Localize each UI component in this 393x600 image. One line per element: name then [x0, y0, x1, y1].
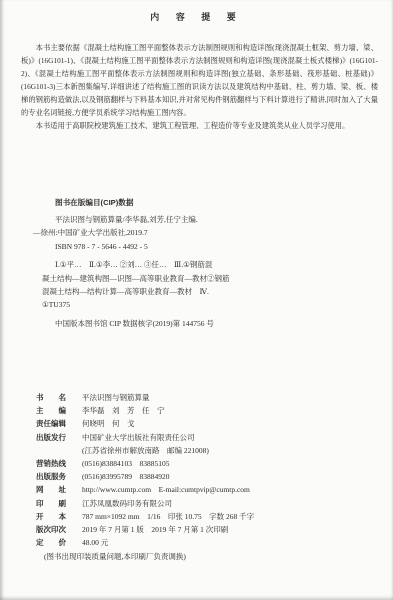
cip-class-line-4: ①TU375 — [42, 298, 268, 311]
colophon-row-edition: 版次印次 2019 年 7 月第 1 版 2019 年 7 月第 1 次印刷 — [36, 523, 375, 536]
row-label: 主 编 — [36, 404, 70, 417]
audience-paragraph: 本书适用于高职院校建筑施工技术、建筑工程管理、工程造价等专业及建筑类从业人员学习… — [21, 119, 378, 132]
row-label: 责任编辑 — [36, 417, 70, 430]
cip-block: 平法识图与钢筋算量/李华磊,刘芳,任宁主编. —徐州:中国矿业大学出版社,201… — [33, 213, 268, 330]
book-colophon-page: 内 容 提 要 本书主要依据《混凝土结构施工图平面整体表示方法制图规则和构造详图… — [0, 0, 393, 600]
cip-title-line: 平法识图与钢筋算量/李华磊,刘芳,任宁主编. — [55, 213, 268, 226]
row-label: 版次印次 — [36, 523, 70, 536]
row-label: 印 刷 — [36, 497, 70, 510]
colophon-row-price: 定 价 48.00 元 — [36, 536, 375, 549]
row-label: 营销热线 — [36, 457, 70, 470]
colophon-row-responsible-editors: 责任编辑 何晓明 何 戈 — [36, 417, 375, 430]
colophon-row-format: 开 本 787 mm×1092 mm 1/16 印张 10.75 字数 268 … — [36, 510, 375, 523]
cip-isbn-line: ISBN 978 - 7 - 5646 - 4492 - 5 — [55, 240, 268, 253]
row-value: (江苏省徐州市解放南路 邮编 221008) — [82, 444, 209, 457]
row-value: 48.00 元 — [82, 536, 108, 549]
content-summary-title: 内 容 提 要 — [0, 10, 393, 23]
row-label: 出版服务 — [36, 470, 70, 483]
cip-class-line-3: 混凝土结构—结构计算—高等职业教育—教材 Ⅳ. — [42, 285, 268, 298]
colophon-table: 书 名 平法识图与钢筋算量 主 编 李华磊 刘 芳 任 宁 责任编辑 何晓明 何… — [36, 391, 375, 564]
cip-record-number-line: 中国版本图书馆 CIP 数据核字(2019)第 144756 号 — [55, 317, 268, 330]
cip-class-line-1: Ⅰ.①平… Ⅱ.①李… ②刘… ③任… Ⅲ.①钢筋混 — [55, 258, 268, 271]
row-value: 江苏凤凰数码印务有限公司 — [82, 497, 172, 510]
summary-paragraph: 本书主要依据《混凝土结构施工图平面整体表示方法制图规则和构造详图(现浇混凝土框架… — [21, 41, 378, 119]
row-label: 出版发行 — [36, 431, 70, 444]
row-value: 2019 年 7 月第 1 版 2019 年 7 月第 1 次印刷 — [82, 523, 228, 536]
colophon-row-publisher-address: (江苏省徐州市解放南路 邮编 221008) — [36, 444, 375, 457]
cip-header: 图书在版编目(CIP)数据 — [55, 197, 133, 208]
row-label: 网 址 — [36, 483, 70, 496]
row-label: 定 价 — [36, 536, 70, 549]
colophon-row-printer: 印 刷 江苏凤凰数码印务有限公司 — [36, 497, 375, 510]
quality-note: (图书出现印装质量问题,本印刷厂负责调换) — [44, 550, 375, 563]
row-label — [36, 444, 70, 457]
colophon-row-website: 网 址 http://www.cumtp.com E-mail:cumtpvip… — [36, 483, 375, 496]
row-value: 李华磊 刘 芳 任 宁 — [82, 404, 165, 417]
row-value: 平法识图与钢筋算量 — [82, 391, 150, 404]
colophon-row-publishing-service: 出版服务 (0516)83995789 83884920 — [36, 470, 375, 483]
row-value: (0516)83884103 83885105 — [82, 457, 170, 470]
row-value: 何晓明 何 戈 — [82, 417, 135, 430]
colophon-row-marketing-hotline: 营销热线 (0516)83884103 83885105 — [36, 457, 375, 470]
row-value: 中国矿业大学出版社有限责任公司 — [82, 431, 195, 444]
row-value: http://www.cumtp.com E-mail:cumtpvip@cum… — [82, 483, 250, 496]
cip-class-line-2: 凝土结构—建筑构图—识图—高等职业教育—教材②钢筋 — [42, 272, 268, 285]
colophon-row-chief-editors: 主 编 李华磊 刘 芳 任 宁 — [36, 404, 375, 417]
colophon-row-publisher: 出版发行 中国矿业大学出版社有限责任公司 — [36, 431, 375, 444]
content-summary-body: 本书主要依据《混凝土结构施工图平面整体表示方法制图规则和构造详图(现浇混凝土框架… — [21, 41, 378, 132]
row-value: (0516)83995789 83884920 — [82, 470, 170, 483]
colophon-row-title: 书 名 平法识图与钢筋算量 — [36, 391, 375, 404]
row-value: 787 mm×1092 mm 1/16 印张 10.75 字数 268 千字 — [82, 510, 254, 523]
row-label: 书 名 — [36, 391, 70, 404]
cip-publisher-line: —徐州:中国矿业大学出版社,2019.7 — [33, 226, 268, 239]
row-label: 开 本 — [36, 510, 70, 523]
